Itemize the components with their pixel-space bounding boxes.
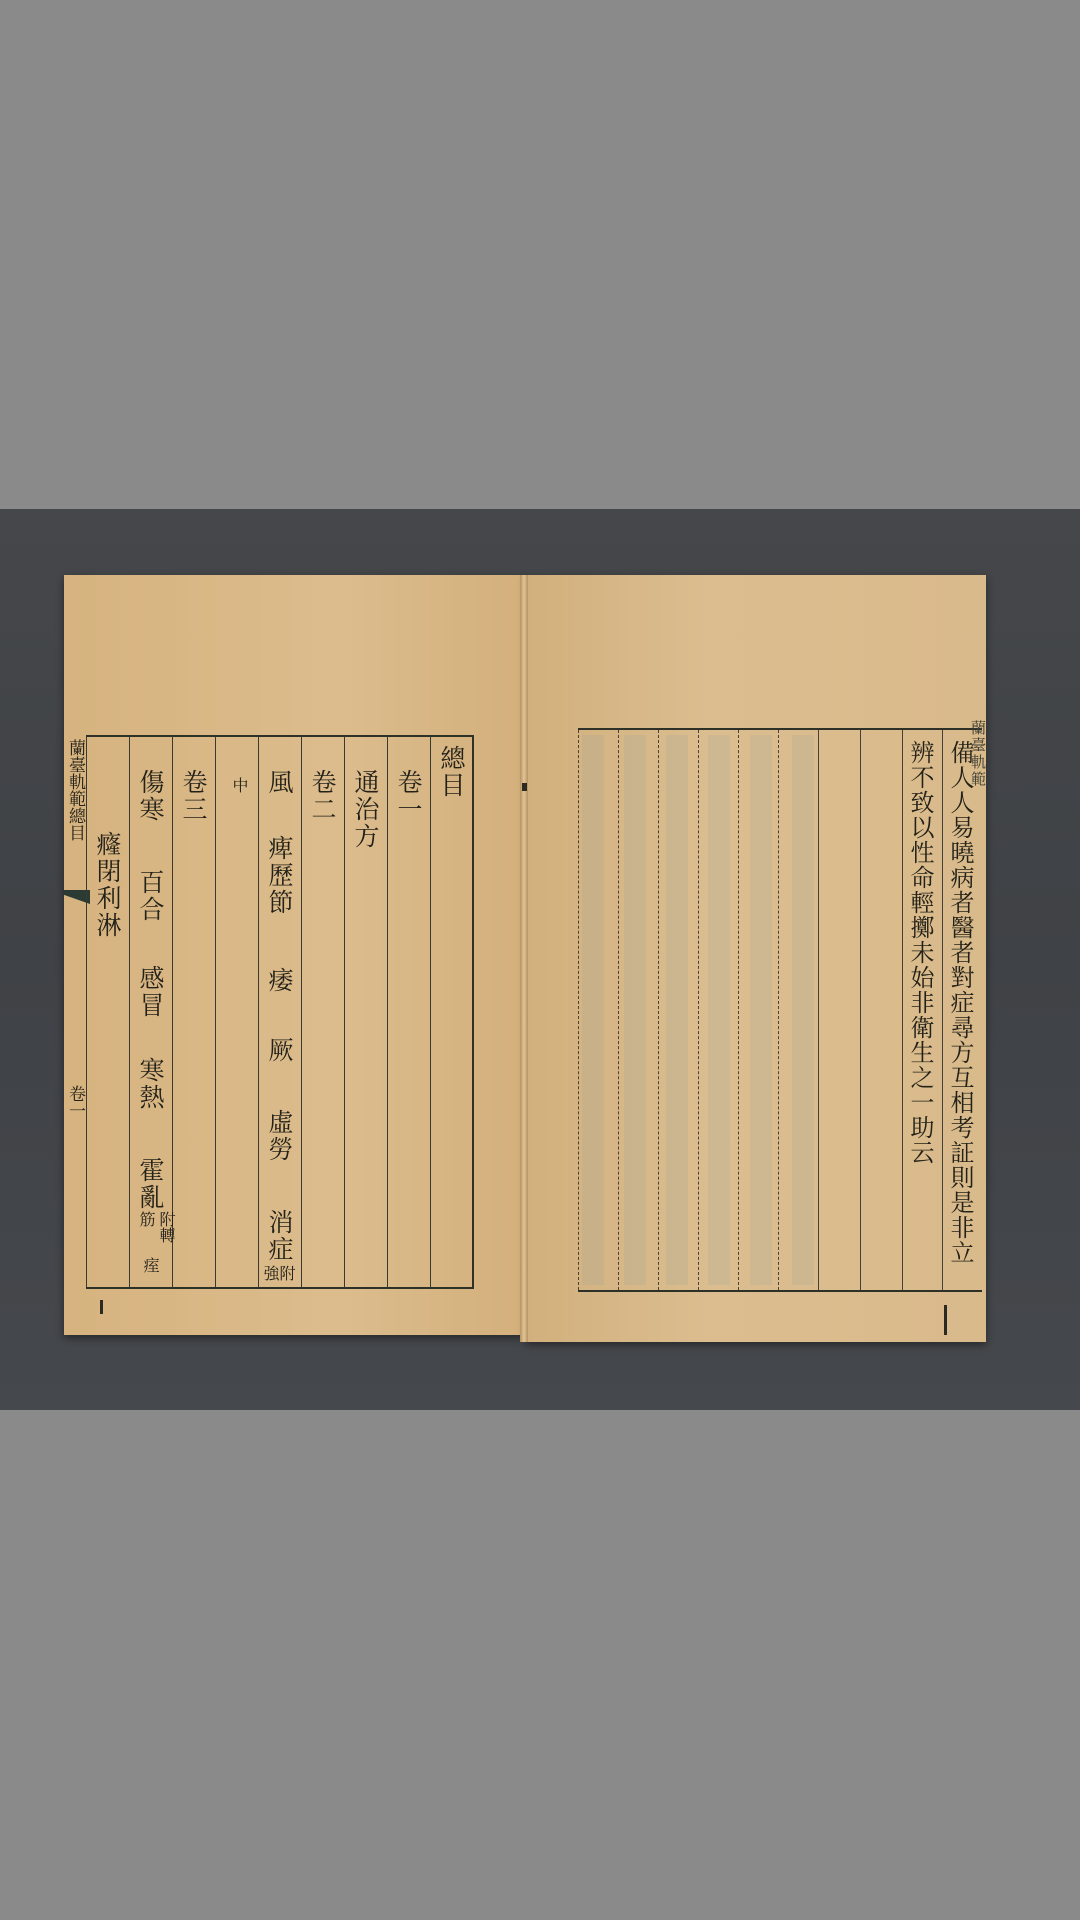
toc-zhong: 中 <box>231 777 247 793</box>
right-banxin: 蘭臺軌範 <box>970 720 985 788</box>
toc-shanghan: 傷寒 <box>138 769 163 823</box>
paper-mark <box>522 783 527 791</box>
banxin-title: 蘭臺軌範總目 <box>66 739 83 841</box>
toc-vol2: 卷二 <box>310 769 335 823</box>
left-text-frame: 總目 卷一 通治方 卷二 風 痺歷節 痿 厥 虛勞 消症 附強 中 卷三 傷寒 … <box>86 735 474 1289</box>
left-banxin: 蘭臺軌範總目 卷一 <box>64 735 87 1285</box>
toc-hanre: 寒熱 <box>138 1057 163 1111</box>
body-column-1: 備人人易曉病者醫者對症尋方互相考証則是非立 <box>948 740 972 1265</box>
toc-xulao: 虛勞 <box>267 1109 292 1163</box>
toc-heading: 總目 <box>439 745 464 799</box>
toc-vol1: 卷一 <box>396 769 421 823</box>
paper-mark <box>100 1300 103 1314</box>
toc-longbi: 癃閉利淋 <box>95 831 120 939</box>
toc-note-zhuan: 附轉 <box>158 1211 174 1243</box>
toc-xiaozheng: 消症 <box>267 1209 292 1263</box>
book-spine <box>520 575 528 1342</box>
toc-note-jin: 筋 <box>138 1211 154 1227</box>
body-column-2: 辨不致以性命輕擲未始非衛生之一助云 <box>908 740 932 1165</box>
toc-note-chi: 痓 <box>142 1257 158 1273</box>
toc-wei: 痿 <box>267 967 292 994</box>
toc-bi-lijie: 痺歷節 <box>267 835 292 916</box>
toc-huoluan: 霍亂 <box>138 1157 163 1211</box>
toc-vol3: 卷三 <box>181 769 206 823</box>
toc-tongzhi: 通治方 <box>353 769 378 850</box>
right-text-frame: 備人人易曉病者醫者對症尋方互相考証則是非立 辨不致以性命輕擲未始非衛生之一助云 <box>578 728 982 1292</box>
toc-jue: 厥 <box>267 1037 292 1064</box>
toc-baihe: 百合 <box>138 869 163 923</box>
paper-mark <box>944 1305 947 1335</box>
banxin-volume: 卷一 <box>66 1085 83 1119</box>
toc-ganmao: 感冒 <box>138 965 163 1019</box>
toc-note: 附強 <box>262 1265 294 1287</box>
toc-feng: 風 <box>267 769 292 796</box>
